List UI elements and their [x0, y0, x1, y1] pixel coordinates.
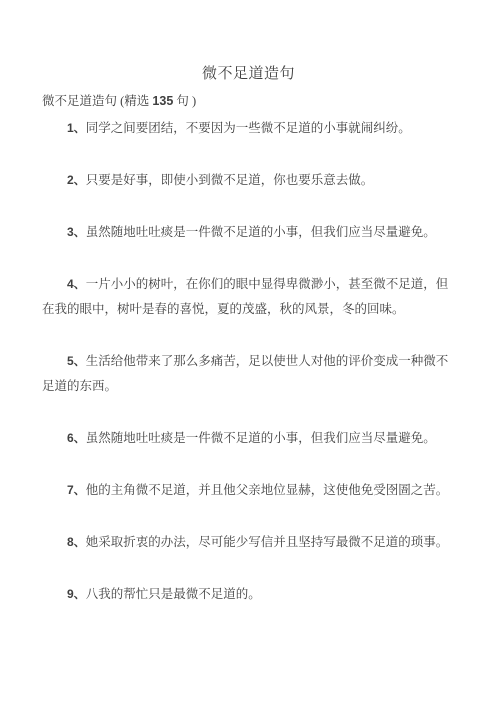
document-page: 微不足道造句 微不足道造句 (精选 135 句 ) 1、同学之间要团结，不要因为… — [0, 0, 500, 708]
item-text: 生活给他带来了那么多痛苦，足以使世人对他的评价变成一种微不足道的东西。 — [42, 354, 448, 393]
subtitle-prefix: 微不足道造句 (精选 — [42, 94, 152, 108]
item-text: 虽然随地吐吐痰是一件微不足道的小事，但我们应当尽量避免。 — [86, 431, 436, 445]
item-number: 8、 — [67, 535, 86, 549]
item-text: 只要是好事，即使小到微不足道，你也要乐意去做。 — [86, 173, 374, 187]
sentence-item-3: 3、虽然随地吐吐痰是一件微不足道的小事，但我们应当尽量避免。 — [42, 220, 455, 245]
sentence-item-1: 1、同学之间要团结，不要因为一些微不足道的小事就闹纠纷。 — [42, 116, 455, 141]
document-subtitle: 微不足道造句 (精选 135 句 ) — [42, 89, 455, 114]
item-text: 一片小小的树叶，在你们的眼中显得卑微渺小，甚至微不足道，但在我的眼中，树叶是春的… — [42, 277, 448, 316]
sentence-item-8: 8、她采取折衷的办法，尽可能少写信并且坚持写最微不足道的琐事。 — [42, 530, 455, 555]
subtitle-count: 135 — [152, 94, 173, 108]
sentence-item-5: 5、生活给他带来了那么多痛苦，足以使世人对他的评价变成一种微不足道的东西。 — [42, 349, 455, 399]
item-number: 7、 — [67, 483, 86, 497]
item-text: 八我的帮忙只是最微不足道的。 — [86, 587, 261, 601]
item-number: 5、 — [67, 354, 86, 368]
page-title: 微不足道造句 — [42, 62, 455, 87]
item-number: 3、 — [67, 225, 86, 239]
item-number: 6、 — [67, 431, 86, 445]
item-text: 虽然随地吐吐痰是一件微不足道的小事，但我们应当尽量避免。 — [86, 225, 436, 239]
subtitle-suffix: 句 ) — [173, 94, 196, 108]
sentence-item-4: 4、一片小小的树叶，在你们的眼中显得卑微渺小，甚至微不足道，但在我的眼中，树叶是… — [42, 272, 455, 322]
sentence-item-2: 2、只要是好事，即使小到微不足道，你也要乐意去做。 — [42, 168, 455, 193]
sentence-item-6: 6、虽然随地吐吐痰是一件微不足道的小事，但我们应当尽量避免。 — [42, 426, 455, 451]
item-number: 2、 — [67, 173, 86, 187]
item-number: 1、 — [67, 121, 86, 135]
item-number: 9、 — [67, 587, 86, 601]
sentence-item-9: 9、八我的帮忙只是最微不足道的。 — [42, 582, 455, 607]
item-number: 4、 — [67, 277, 86, 291]
sentence-item-7: 7、他的主角微不足道，并且他父亲地位显赫，这使他免受囹圄之苦。 — [42, 478, 455, 503]
item-text: 他的主角微不足道，并且他父亲地位显赫，这使他免受囹圄之苦。 — [86, 483, 449, 497]
item-text: 她采取折衷的办法，尽可能少写信并且坚持写最微不足道的琐事。 — [86, 535, 449, 549]
item-text: 同学之间要团结，不要因为一些微不足道的小事就闹纠纷。 — [86, 121, 411, 135]
